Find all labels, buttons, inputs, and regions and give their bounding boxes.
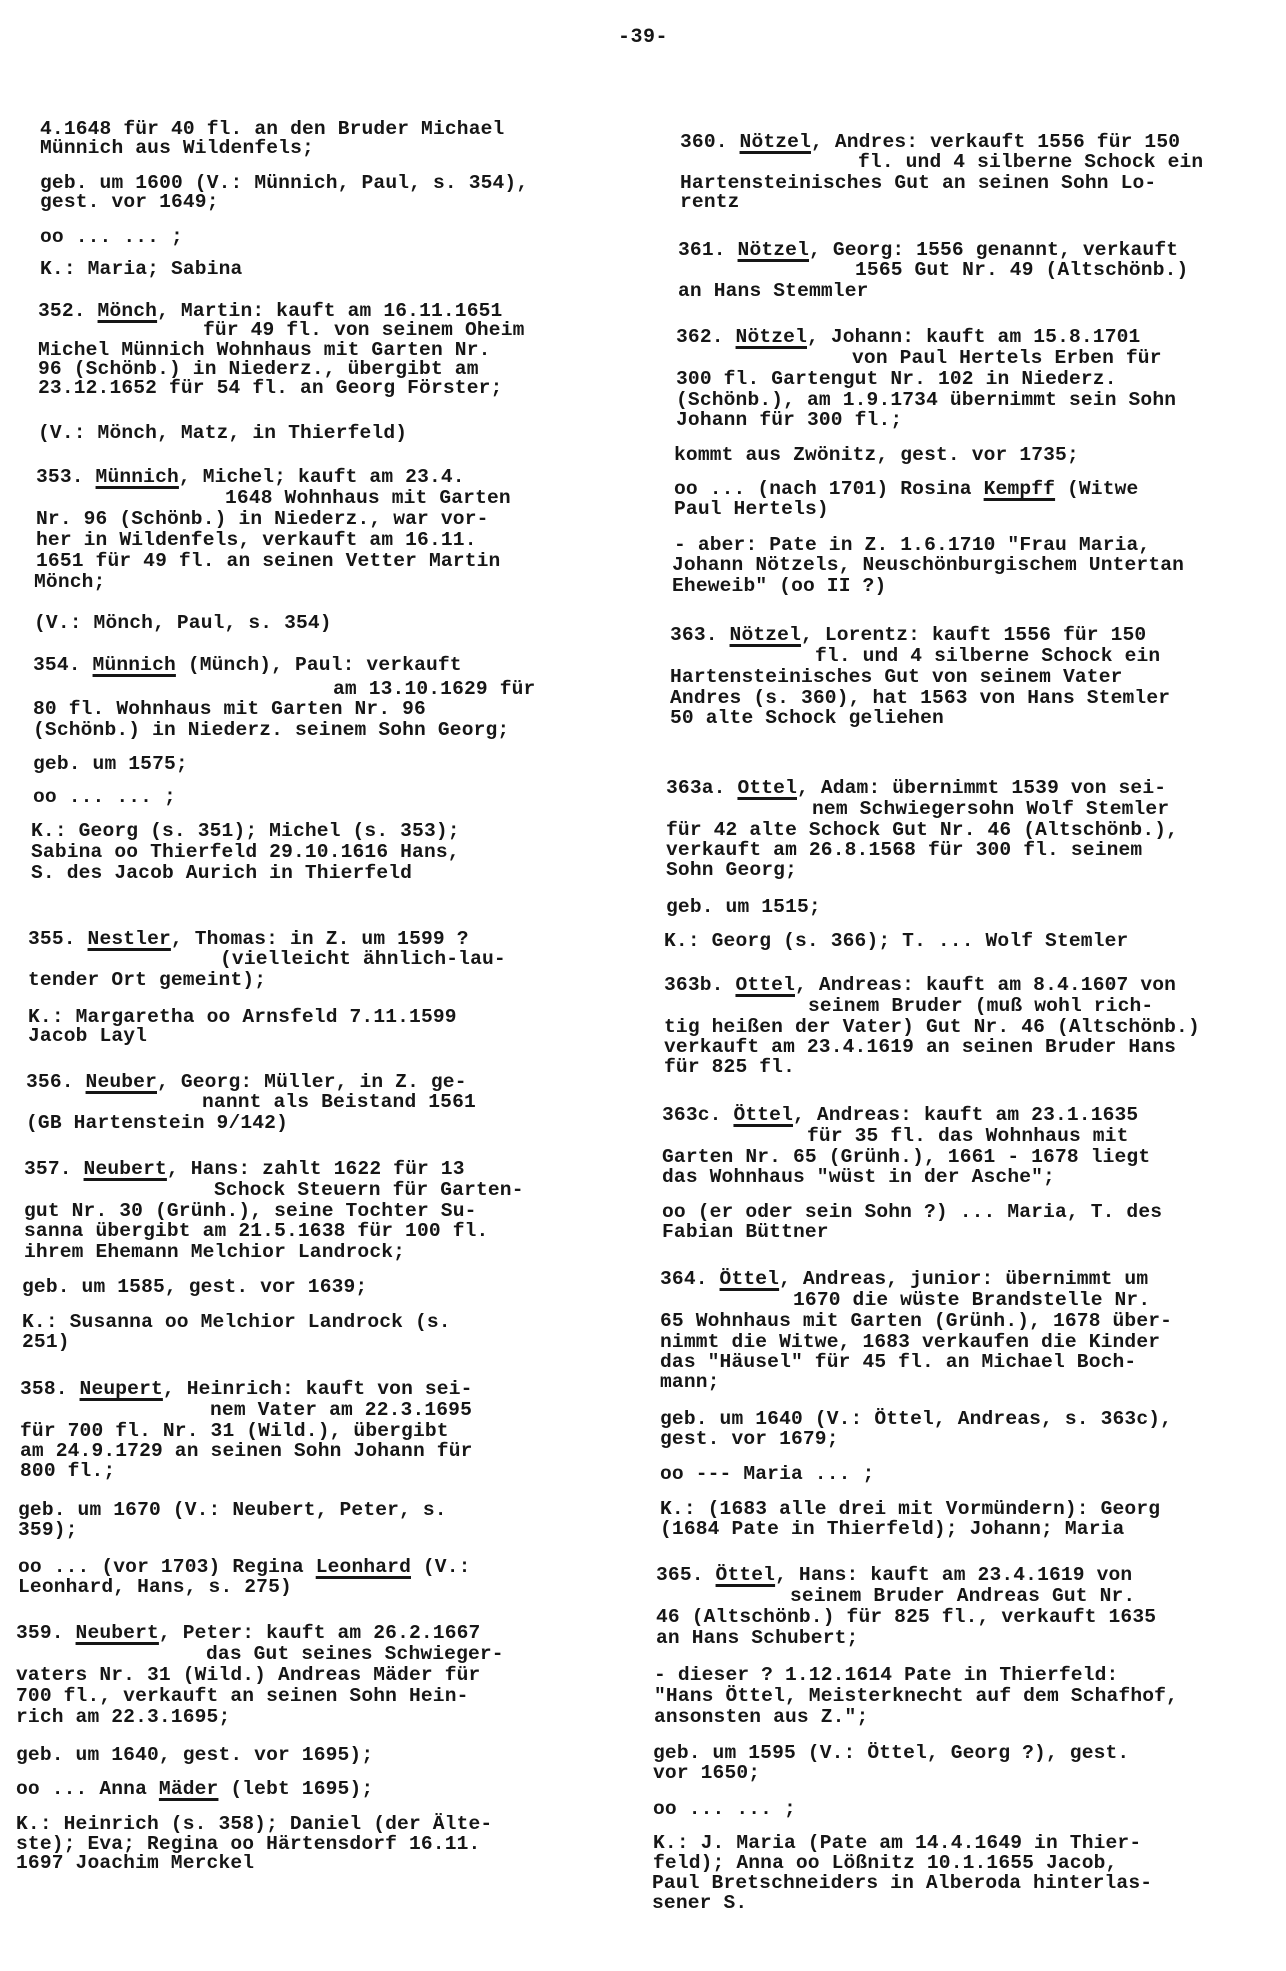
text-segment: von Paul Hertels Erben für (852, 347, 1162, 369)
text-segment: Sohn Georg; (666, 859, 797, 881)
text-segment: nimmt die Witwe, 1683 verkaufen die Kind… (660, 1331, 1160, 1353)
text-segment: 1651 für 49 fl. an seinen Vetter Martin (36, 550, 500, 572)
text-segment: Mönch; (34, 571, 105, 593)
text-segment: 1648 Wohnhaus mit Garten (225, 487, 511, 509)
text-segment: Leonhard, Hans, s. 275) (18, 1576, 292, 1598)
text-segment: sener S. (652, 1892, 747, 1914)
text-line: geb. um 1595 (V.: Öttel, Georg ?), gest. (653, 1742, 1129, 1764)
text-line: 363. Nötzel, Lorentz: kauft 1556 für 150 (670, 624, 1146, 646)
text-segment: an Hans Stemmler (678, 280, 869, 302)
text-segment: geb. um 1595 (V.: Öttel, Georg ?), gest. (653, 1742, 1129, 1764)
text-segment: 700 fl., verkauft an seinen Sohn Hein- (16, 1685, 469, 1707)
text-line: 1651 für 49 fl. an seinen Vetter Martin (36, 550, 500, 572)
surname: Kempff (984, 478, 1055, 500)
text-segment: für 700 fl. Nr. 31 (Wild.), übergibt (20, 1420, 449, 1442)
text-line: Münnich aus Wildenfels; (40, 137, 314, 159)
text-segment: , Adam: übernimmt 1539 von sei- (797, 777, 1166, 799)
surname: Nötzel (740, 131, 811, 153)
text-line: tender Ort gemeint); (28, 969, 266, 991)
text-segment: das "Häusel" für 45 fl. an Michael Boch- (660, 1351, 1136, 1373)
text-line: Leonhard, Hans, s. 275) (18, 1576, 292, 1598)
text-segment: 354. (33, 654, 93, 676)
text-line: sener S. (652, 1892, 747, 1914)
text-line: oo ... (nach 1701) Rosina Kempff (Witwe (674, 478, 1138, 500)
text-segment: S. des Jacob Aurich in Thierfeld (31, 862, 412, 884)
text-line: für 49 fl. von seinem Oheim (203, 319, 525, 341)
text-segment: 361. (678, 239, 738, 261)
text-line: 251) (22, 1331, 70, 1353)
text-line: 363a. Ottel, Adam: übernimmt 1539 von se… (666, 777, 1166, 799)
text-line: Andres (s. 360), hat 1563 von Hans Steml… (670, 687, 1170, 709)
text-line: Johann Nötzels, Neuschönburgischem Unter… (672, 554, 1184, 576)
text-line: verkauft am 23.4.1619 an seinen Bruder H… (664, 1036, 1176, 1058)
text-line: kommt aus Zwönitz, gest. vor 1735; (674, 444, 1079, 466)
text-line: 65 Wohnhaus mit Garten (Grünh.), 1678 üb… (660, 1310, 1172, 1332)
text-segment: K.: Heinrich (s. 358); Daniel (der Älte- (16, 1813, 492, 1835)
text-line: fl. und 4 silberne Schock ein (858, 151, 1203, 173)
text-line: das Gut seines Schwieger- (206, 1643, 504, 1665)
text-segment: Schock Steuern für Garten- (214, 1179, 524, 1201)
surname: Nestler (88, 928, 171, 950)
text-segment: 365. (656, 1564, 716, 1586)
text-segment: 364. (660, 1268, 720, 1290)
text-segment: nem Vater am 22.3.1695 (210, 1399, 472, 1421)
text-segment: geb. um 1515; (666, 896, 821, 918)
text-segment: 353. (36, 466, 96, 488)
text-segment: , Michel; kauft am 23.4. (179, 466, 465, 488)
text-segment: Fabian Büttner (662, 1221, 829, 1243)
surname: Nötzel (738, 239, 809, 261)
text-line: vaters Nr. 31 (Wild.) Andreas Mäder für (16, 1664, 480, 1686)
surname: Münnich (93, 654, 176, 676)
text-segment: Johann für 300 fl.; (676, 409, 902, 431)
text-segment: , Hans: kauft am 23.4.1619 von (775, 1564, 1132, 1586)
text-segment: , Georg: Müller, in Z. ge- (157, 1071, 467, 1093)
text-line: vor 1650; (653, 1762, 760, 1784)
text-line: Garten Nr. 65 (Grünh.), 1661 - 1678 lieg… (662, 1146, 1150, 1168)
text-segment: (Schönb.) in Niederz. seinem Sohn Georg; (33, 719, 509, 741)
text-segment: (V.: Mönch, Matz, in Thierfeld) (38, 422, 407, 444)
text-line: nem Vater am 22.3.1695 (210, 1399, 472, 1421)
text-segment: (Witwe (1055, 478, 1138, 500)
text-line: geb. um 1670 (V.: Neubert, Peter, s. (18, 1499, 447, 1521)
text-line: (vielleicht ähnlich-lau- (220, 948, 506, 970)
text-line: S. des Jacob Aurich in Thierfeld (31, 862, 412, 884)
text-line: 353. Münnich, Michel; kauft am 23.4. (36, 466, 465, 488)
text-segment: oo ... ... ; (40, 226, 183, 248)
text-line: Schock Steuern für Garten- (214, 1179, 524, 1201)
text-segment: Hartensteinisches Gut von seinem Vater (670, 666, 1123, 688)
text-line: geb. um 1585, gest. vor 1639; (22, 1276, 367, 1298)
surname: Öttel (720, 1268, 780, 1290)
text-line: geb. um 1640 (V.: Öttel, Andreas, s. 363… (660, 1408, 1172, 1430)
text-segment: ansonsten aus Z."; (654, 1706, 868, 1728)
text-segment: K.: Georg (s. 366); T. ... Wolf Stemler (664, 930, 1128, 952)
text-segment: oo ... (vor 1703) Regina (18, 1556, 316, 1578)
text-segment: , Thomas: in Z. um 1599 ? (171, 928, 469, 950)
text-line: am 24.9.1729 an seinen Sohn Johann für (20, 1440, 473, 1462)
text-segment: Münnich aus Wildenfels; (40, 137, 314, 159)
text-segment: geb. um 1575; (33, 753, 188, 775)
text-segment: Eheweib" (oo II ?) (672, 575, 886, 597)
text-line: her in Wildenfels, verkauft am 16.11. (36, 529, 477, 551)
surname: Nötzel (730, 624, 801, 646)
text-segment: K.: J. Maria (Pate am 14.4.1649 in Thier… (653, 1832, 1141, 1854)
surname: Münnich (96, 466, 179, 488)
text-line: das "Häusel" für 45 fl. an Michael Boch- (660, 1351, 1136, 1373)
text-segment: oo ... ... ; (653, 1798, 796, 1820)
text-segment: für 49 fl. von seinem Oheim (203, 319, 525, 341)
text-segment: 358. (20, 1378, 80, 1400)
text-segment: K.: Susanna oo Melchior Landrock (s. (22, 1311, 451, 1333)
text-line: K.: Susanna oo Melchior Landrock (s. (22, 1311, 451, 1333)
text-line: Johann für 300 fl.; (676, 409, 902, 431)
text-line: Mönch; (34, 571, 105, 593)
surname: Öttel (733, 1104, 793, 1126)
text-segment: verkauft am 26.8.1568 für 300 fl. seinem (666, 839, 1142, 861)
text-segment: K.: (1683 alle drei mit Vormündern): Geo… (660, 1498, 1160, 1520)
text-line: geb. um 1515; (666, 896, 821, 918)
text-segment: (V.: Mönch, Paul, s. 354) (34, 612, 332, 634)
text-line: Hartensteinisches Gut an seinen Sohn Lo- (680, 172, 1156, 194)
text-line: 365. Öttel, Hans: kauft am 23.4.1619 von (656, 1564, 1132, 1586)
text-line: 354. Münnich (Münch), Paul: verkauft (33, 654, 462, 676)
text-line: ihrem Ehemann Melchior Landrock; (24, 1241, 405, 1263)
text-segment: , Andreas: kauft am 23.1.1635 (793, 1104, 1138, 1126)
text-line: 364. Öttel, Andreas, junior: übernimmt u… (660, 1268, 1148, 1290)
text-segment: oo ... Anna (16, 1778, 159, 1800)
text-segment: , Georg: 1556 genannt, verkauft (809, 239, 1178, 261)
text-line: 361. Nötzel, Georg: 1556 genannt, verkau… (678, 239, 1178, 261)
text-line: 1648 Wohnhaus mit Garten (225, 487, 511, 509)
surname: Ottel (737, 777, 797, 799)
text-segment: 357. (24, 1158, 84, 1180)
text-segment: Sabina oo Thierfeld 29.10.1616 Hans, (31, 841, 460, 863)
text-line: 360. Nötzel, Andres: verkauft 1556 für 1… (680, 131, 1180, 153)
text-line: Hartensteinisches Gut von seinem Vater (670, 666, 1123, 688)
text-segment: (lebt 1695); (218, 1778, 373, 1800)
text-segment: 360. (680, 131, 740, 153)
text-segment: "Hans Öttel, Meisterknecht auf dem Schaf… (654, 1685, 1178, 1707)
text-line: nem Schwiegersohn Wolf Stemler (812, 798, 1169, 820)
text-segment: , Lorentz: kauft 1556 für 150 (801, 624, 1146, 646)
text-line: Jacob Layl (28, 1025, 147, 1047)
text-segment: Jacob Layl (28, 1025, 147, 1047)
text-segment: am 13.10.1629 für (333, 678, 535, 700)
text-segment: 363c. (662, 1104, 733, 1126)
text-segment: , Hans: zahlt 1622 für 13 (167, 1158, 465, 1180)
surname: Mönch (98, 300, 158, 322)
text-segment: 1670 die wüste Brandstelle Nr. (793, 1289, 1150, 1311)
text-segment: fl. und 4 silberne Schock ein (858, 151, 1203, 173)
text-line: Nr. 96 (Schönb.) in Niederz., war vor- (36, 508, 489, 530)
text-line: 50 alte Schock geliehen (670, 707, 944, 729)
surname: Nötzel (736, 326, 807, 348)
text-segment: 300 fl. Gartengut Nr. 102 in Niederz. (676, 368, 1117, 390)
surname: Neubert (76, 1622, 159, 1644)
text-segment: nannt als Beistand 1561 (202, 1091, 476, 1113)
text-line: sanna übergibt am 21.5.1638 für 100 fl. (24, 1220, 488, 1242)
text-line: geb. um 1640, gest. vor 1695); (16, 1744, 373, 1766)
text-line: 800 fl.; (20, 1460, 115, 1482)
text-segment: 363. (670, 624, 730, 646)
text-line: am 13.10.1629 für (333, 678, 535, 700)
text-line: Sabina oo Thierfeld 29.10.1616 Hans, (31, 841, 460, 863)
text-line: Fabian Büttner (662, 1221, 829, 1243)
text-segment: tig heißen der Vater) Gut Nr. 46 (Altsch… (664, 1016, 1200, 1038)
text-segment: , Heinrich: kauft von sei- (163, 1378, 473, 1400)
text-line: rentz (680, 191, 740, 213)
text-segment: sanna übergibt am 21.5.1638 für 100 fl. (24, 1220, 488, 1242)
text-line: K.: J. Maria (Pate am 14.4.1649 in Thier… (653, 1832, 1141, 1854)
text-segment: 1697 Joachim Merckel (16, 1852, 254, 1874)
text-segment: für 35 fl. das Wohnhaus mit (807, 1125, 1129, 1147)
text-segment: mann; (660, 1371, 720, 1393)
text-line: 356. Neuber, Georg: Müller, in Z. ge- (26, 1071, 467, 1093)
text-segment: Johann Nötzels, Neuschönburgischem Unter… (672, 554, 1184, 576)
text-line: 1670 die wüste Brandstelle Nr. (793, 1289, 1150, 1311)
text-segment: gest. vor 1679; (660, 1428, 839, 1450)
text-line: von Paul Hertels Erben für (852, 347, 1162, 369)
text-segment: Hartensteinisches Gut an seinen Sohn Lo- (680, 172, 1156, 194)
text-segment: (Münch), Paul: verkauft (176, 654, 462, 676)
text-line: Eheweib" (oo II ?) (672, 575, 886, 597)
text-segment: her in Wildenfels, verkauft am 16.11. (36, 529, 477, 551)
text-line: tig heißen der Vater) Gut Nr. 46 (Altsch… (664, 1016, 1200, 1038)
text-segment: , Johann: kauft am 15.8.1701 (807, 326, 1140, 348)
text-segment: seinem Bruder Andreas Gut Nr. (790, 1585, 1135, 1607)
text-line: 362. Nötzel, Johann: kauft am 15.8.1701 (676, 326, 1140, 348)
text-line: 358. Neupert, Heinrich: kauft von sei- (20, 1378, 473, 1400)
text-line: das Wohnhaus "wüst in der Asche"; (662, 1166, 1055, 1188)
text-segment: 80 fl. Wohnhaus mit Garten Nr. 96 (33, 698, 426, 720)
text-line: für 700 fl. Nr. 31 (Wild.), übergibt (20, 1420, 449, 1442)
text-segment: geb. um 1640 (V.: Öttel, Andreas, s. 363… (660, 1408, 1172, 1430)
text-segment: K.: Maria; Sabina (40, 258, 242, 280)
text-segment: vaters Nr. 31 (Wild.) Andreas Mäder für (16, 1664, 480, 1686)
text-line: 357. Neubert, Hans: zahlt 1622 für 13 (24, 1158, 465, 1180)
page-number: -39- (0, 26, 1286, 49)
text-line: 300 fl. Gartengut Nr. 102 in Niederz. (676, 368, 1117, 390)
text-segment: rentz (680, 191, 740, 213)
text-line: (1684 Pate in Thierfeld); Johann; Maria (660, 1518, 1124, 1540)
text-line: 355. Nestler, Thomas: in Z. um 1599 ? (28, 928, 469, 950)
text-segment: oo --- Maria ... ; (660, 1463, 874, 1485)
text-line: 700 fl., verkauft an seinen Sohn Hein- (16, 1685, 469, 1707)
text-segment: seinem Bruder (muß wohl rich- (808, 995, 1153, 1017)
text-segment: oo ... ... ; (33, 786, 176, 808)
text-segment: am 24.9.1729 an seinen Sohn Johann für (20, 1440, 473, 1462)
text-line: 46 (Altschönb.) für 825 fl., verkauft 16… (656, 1606, 1156, 1628)
surname: Mäder (159, 1778, 219, 1800)
text-line: Sohn Georg; (666, 859, 797, 881)
text-segment: das Wohnhaus "wüst in der Asche"; (662, 1166, 1055, 1188)
text-line: K.: Heinrich (s. 358); Daniel (der Älte- (16, 1813, 492, 1835)
text-line: an Hans Schubert; (656, 1627, 858, 1649)
text-line: 359. Neubert, Peter: kauft am 26.2.1667 (16, 1622, 480, 1644)
text-segment: (Schönb.), am 1.9.1734 übernimmt sein So… (676, 389, 1176, 411)
text-segment: Andres (s. 360), hat 1563 von Hans Steml… (670, 687, 1170, 709)
text-segment: Paul Hertels) (674, 498, 829, 520)
text-segment: gut Nr. 30 (Grünh.), seine Tochter Su- (24, 1200, 477, 1222)
text-line: K.: Georg (s. 366); T. ... Wolf Stemler (664, 930, 1128, 952)
text-line: (Schönb.), am 1.9.1734 übernimmt sein So… (676, 389, 1176, 411)
text-line: fl. und 4 silberne Schock ein (815, 645, 1160, 667)
text-line: seinem Bruder Andreas Gut Nr. (790, 1585, 1135, 1607)
text-segment: geb. um 1585, gest. vor 1639; (22, 1276, 367, 1298)
text-line: mann; (660, 1371, 720, 1393)
text-line: seinem Bruder (muß wohl rich- (808, 995, 1153, 1017)
text-line: K.: (1683 alle drei mit Vormündern): Geo… (660, 1498, 1160, 1520)
text-line: Paul Hertels) (674, 498, 829, 520)
text-line: 1565 Gut Nr. 49 (Altschönb.) (855, 259, 1188, 281)
text-segment: Nr. 96 (Schönb.) in Niederz., war vor- (36, 508, 489, 530)
text-line: oo --- Maria ... ; (660, 1463, 874, 1485)
text-segment: das Gut seines Schwieger- (206, 1643, 504, 1665)
text-segment: oo (er oder sein Sohn ?) ... Maria, T. d… (662, 1201, 1162, 1223)
text-segment: tender Ort gemeint); (28, 969, 266, 991)
surname: Neupert (80, 1378, 163, 1400)
text-segment: 352. (38, 300, 98, 322)
text-segment: , Andres: verkauft 1556 für 150 (811, 131, 1180, 153)
text-line: gest. vor 1649; (40, 191, 219, 213)
text-segment: 1565 Gut Nr. 49 (Altschönb.) (855, 259, 1188, 281)
text-line: oo (er oder sein Sohn ?) ... Maria, T. d… (662, 1201, 1162, 1223)
text-line: (V.: Mönch, Paul, s. 354) (34, 612, 332, 634)
text-segment: (V.: (411, 1556, 471, 1578)
text-line: 80 fl. Wohnhaus mit Garten Nr. 96 (33, 698, 426, 720)
text-segment: an Hans Schubert; (656, 1627, 858, 1649)
text-line: für 42 alte Schock Gut Nr. 46 (Altschönb… (666, 819, 1178, 841)
text-segment: ihrem Ehemann Melchior Landrock; (24, 1241, 405, 1263)
text-line: gest. vor 1679; (660, 1428, 839, 1450)
text-line: "Hans Öttel, Meisterknecht auf dem Schaf… (654, 1685, 1178, 1707)
text-segment: 356. (26, 1071, 86, 1093)
text-segment: 23.12.1652 für 54 fl. an Georg Förster; (38, 377, 502, 399)
text-line: rich am 22.3.1695; (16, 1706, 230, 1728)
surname: Neuber (86, 1071, 157, 1093)
text-segment: - dieser ? 1.12.1614 Pate in Thierfeld: (654, 1664, 1118, 1686)
text-line: (GB Hartenstein 9/142) (26, 1112, 288, 1134)
text-line: geb. um 1575; (33, 753, 188, 775)
text-line: ansonsten aus Z."; (654, 1706, 868, 1728)
text-segment: , Peter: kauft am 26.2.1667 (159, 1622, 481, 1644)
text-segment: 362. (676, 326, 736, 348)
text-line: oo ... ... ; (40, 226, 183, 248)
surname: Öttel (716, 1564, 776, 1586)
text-segment: kommt aus Zwönitz, gest. vor 1735; (674, 444, 1079, 466)
text-line: Paul Bretschneiders in Alberoda hinterla… (652, 1872, 1152, 1894)
text-line: nannt als Beistand 1561 (202, 1091, 476, 1113)
text-segment: für 825 fl. (664, 1056, 795, 1078)
text-segment: Paul Bretschneiders in Alberoda hinterla… (652, 1872, 1152, 1894)
text-segment: 359. (16, 1622, 76, 1644)
text-segment: Garten Nr. 65 (Grünh.), 1661 - 1678 lieg… (662, 1146, 1150, 1168)
text-segment: 800 fl.; (20, 1460, 115, 1482)
text-line: oo ... Anna Mäder (lebt 1695); (16, 1778, 373, 1800)
text-line: - aber: Pate in Z. 1.6.1710 "Frau Maria, (674, 534, 1150, 556)
text-line: nimmt die Witwe, 1683 verkaufen die Kind… (660, 1331, 1160, 1353)
surname: Ottel (735, 974, 795, 996)
surname: Leonhard (316, 1556, 411, 1578)
text-line: K.: Georg (s. 351); Michel (s. 353); (31, 820, 460, 842)
text-segment: fl. und 4 silberne Schock ein (815, 645, 1160, 667)
text-segment: rich am 22.3.1695; (16, 1706, 230, 1728)
text-line: 363c. Öttel, Andreas: kauft am 23.1.1635 (662, 1104, 1138, 1126)
text-line: feld); Anna oo Lößnitz 10.1.1655 Jacob, (653, 1852, 1117, 1874)
text-segment: nem Schwiegersohn Wolf Stemler (812, 798, 1169, 820)
text-segment: 65 Wohnhaus mit Garten (Grünh.), 1678 üb… (660, 1310, 1172, 1332)
text-line: für 825 fl. (664, 1056, 795, 1078)
text-segment: , Andreas, junior: übernimmt um (779, 1268, 1148, 1290)
text-segment: vor 1650; (653, 1762, 760, 1784)
surname: Neubert (84, 1158, 167, 1180)
text-segment: geb. um 1640, gest. vor 1695); (16, 1744, 373, 1766)
text-segment: feld); Anna oo Lößnitz 10.1.1655 Jacob, (653, 1852, 1117, 1874)
text-line: K.: Maria; Sabina (40, 258, 242, 280)
text-segment: 50 alte Schock geliehen (670, 707, 944, 729)
text-segment: , Andreas: kauft am 8.4.1607 von (795, 974, 1176, 996)
text-segment: geb. um 1670 (V.: Neubert, Peter, s. (18, 1499, 447, 1521)
text-segment: 363a. (666, 777, 737, 799)
text-segment: (GB Hartenstein 9/142) (26, 1112, 288, 1134)
text-line: oo ... (vor 1703) Regina Leonhard (V.: (18, 1556, 471, 1578)
text-segment: verkauft am 23.4.1619 an seinen Bruder H… (664, 1036, 1176, 1058)
text-segment: oo ... (nach 1701) Rosina (674, 478, 984, 500)
text-line: verkauft am 26.8.1568 für 300 fl. seinem (666, 839, 1142, 861)
text-segment: gest. vor 1649; (40, 191, 219, 213)
text-line: 359); (18, 1519, 78, 1541)
text-line: (V.: Mönch, Matz, in Thierfeld) (38, 422, 407, 444)
text-line: gut Nr. 30 (Grünh.), seine Tochter Su- (24, 1200, 477, 1222)
text-segment: K.: Georg (s. 351); Michel (s. 353); (31, 820, 460, 842)
text-segment: 251) (22, 1331, 70, 1353)
text-line: - dieser ? 1.12.1614 Pate in Thierfeld: (654, 1664, 1118, 1686)
text-segment: 363b. (664, 974, 735, 996)
text-line: 1697 Joachim Merckel (16, 1852, 254, 1874)
text-segment: 46 (Altschönb.) für 825 fl., verkauft 16… (656, 1606, 1156, 1628)
text-line: an Hans Stemmler (678, 280, 869, 302)
text-segment: (1684 Pate in Thierfeld); Johann; Maria (660, 1518, 1124, 1540)
text-segment: - aber: Pate in Z. 1.6.1710 "Frau Maria, (674, 534, 1150, 556)
text-segment: 355. (28, 928, 88, 950)
text-line: oo ... ... ; (653, 1798, 796, 1820)
text-line: für 35 fl. das Wohnhaus mit (807, 1125, 1129, 1147)
text-segment: 359); (18, 1519, 78, 1541)
text-line: (Schönb.) in Niederz. seinem Sohn Georg; (33, 719, 509, 741)
text-line: oo ... ... ; (33, 786, 176, 808)
text-line: 363b. Ottel, Andreas: kauft am 8.4.1607 … (664, 974, 1176, 996)
text-line: 23.12.1652 für 54 fl. an Georg Förster; (38, 377, 502, 399)
text-segment: (vielleicht ähnlich-lau- (220, 948, 506, 970)
text-segment: für 42 alte Schock Gut Nr. 46 (Altschönb… (666, 819, 1178, 841)
